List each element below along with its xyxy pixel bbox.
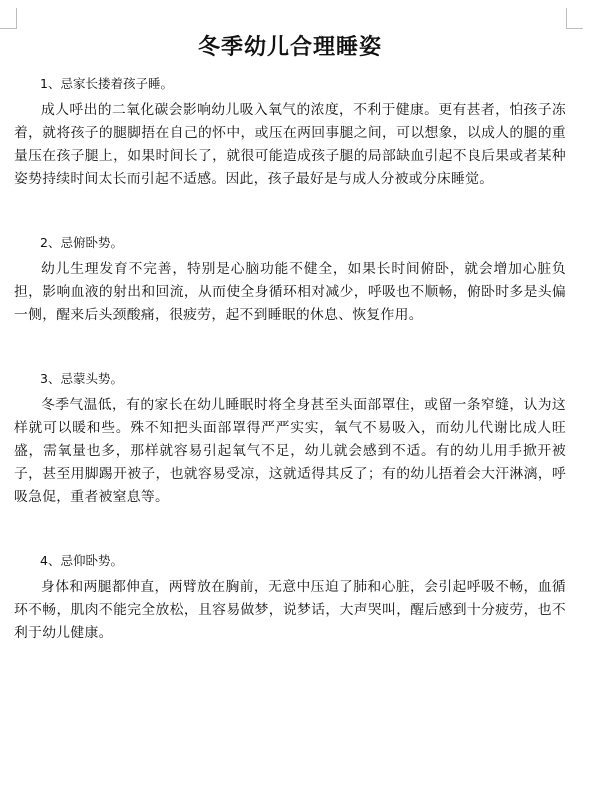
section-heading: 3、忌蒙头势。 [14, 367, 566, 390]
section-heading: 1、忌家长搂着孩子睡。 [14, 72, 566, 95]
section-body: 成人呼出的二氧化碳会影响幼儿吸入氧气的浓度，不利于健康。更有甚者，怕孩子冻着，就… [14, 99, 566, 191]
section-heading: 2、忌俯卧势。 [14, 231, 566, 254]
section-body: 冬季气温低，有的家长在幼儿睡眠时将全身甚至头面部罩住，或留一条窄缝，认为这样就可… [14, 394, 566, 509]
section-1: 1、忌家长搂着孩子睡。 成人呼出的二氧化碳会影响幼儿吸入氧气的浓度，不利于健康。… [14, 72, 566, 191]
section-4: 4、忌仰卧势。 身体和两腿都伸直，两臂放在胸前，无意中压迫了肺和心脏，会引起呼吸… [14, 549, 566, 645]
document-page: 冬季幼儿合理睡姿 1、忌家长搂着孩子睡。 成人呼出的二氧化碳会影响幼儿吸入氧气的… [14, 30, 566, 685]
section-3: 3、忌蒙头势。 冬季气温低，有的家长在幼儿睡眠时将全身甚至头面部罩住，或留一条窄… [14, 367, 566, 509]
section-body: 幼儿生理发育不完善，特别是心脑功能不健全，如果长时间俯卧，就会增加心脏负担，影响… [14, 258, 566, 327]
section-heading: 4、忌仰卧势。 [14, 549, 566, 572]
page-corner-mark-top-left [0, 8, 17, 29]
section-body: 身体和两腿都伸直，两臂放在胸前，无意中压迫了肺和心脏，会引起呼吸不畅，血循环不畅… [14, 576, 566, 645]
section-2: 2、忌俯卧势。 幼儿生理发育不完善，特别是心脑功能不健全，如果长时间俯卧，就会增… [14, 231, 566, 327]
document-title: 冬季幼儿合理睡姿 [14, 30, 566, 64]
page-corner-mark-top-right [566, 8, 583, 29]
